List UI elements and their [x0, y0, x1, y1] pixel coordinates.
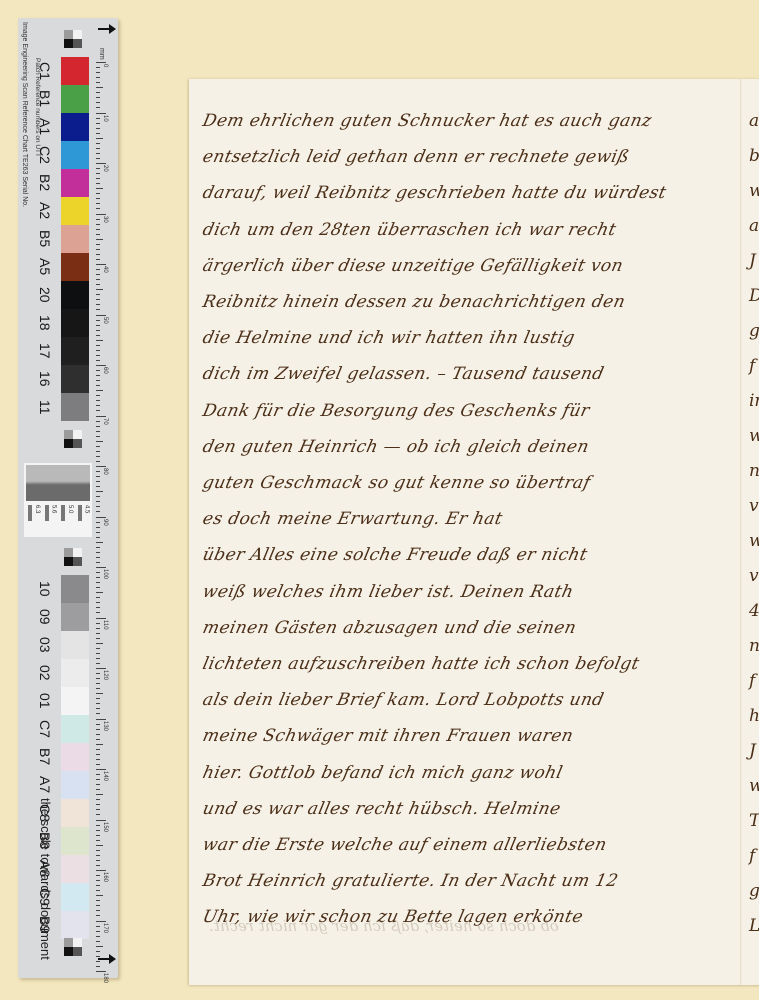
color-patch-11: 11: [61, 393, 89, 421]
color-patch-02: 02: [61, 659, 89, 687]
scale-number: 120: [102, 670, 108, 680]
scale-tick: [96, 380, 100, 381]
resolution-wedge: 6.35.65.04.5: [24, 463, 92, 537]
scale-tick: [96, 678, 100, 679]
scale-tick: [96, 698, 100, 699]
scale-tick: [96, 618, 106, 619]
patch-label: C7: [31, 715, 59, 743]
manuscript-line: darauf, weil Reibnitz geschrieben hatte …: [201, 183, 668, 203]
scale-tick: [96, 693, 103, 694]
scale-tick: [96, 264, 106, 265]
scale-tick: [96, 183, 100, 184]
patch-label: 01: [31, 687, 59, 715]
scale-tick: [96, 203, 100, 204]
scale-number: 150: [102, 822, 108, 832]
right-page-fragment: Ti: [749, 811, 759, 831]
patch-label: 20: [31, 281, 59, 309]
scale-tick: [96, 113, 106, 114]
scale-tick: [96, 410, 100, 411]
scale-tick: [96, 304, 100, 305]
scale-tick: [96, 905, 100, 906]
scale-tick: [96, 279, 100, 280]
scale-number: 80: [102, 468, 108, 475]
color-patch-b7: B7: [61, 743, 89, 771]
scale-tick: [96, 713, 100, 714]
scale-tick: [96, 370, 100, 371]
scale-tick: [96, 830, 100, 831]
manuscript-line: weiß welches ihm lieber ist. Deinen Rath: [201, 582, 575, 602]
manuscript-line: Dank für die Besorgung des Geschenks für: [201, 401, 592, 421]
manuscript-line: Dem ehrlichen guten Schnucker hat es auc…: [201, 111, 654, 131]
color-patch-09: 09: [61, 603, 89, 631]
ruler-maker-text: Image Engineering Scan Reference Chart T…: [20, 22, 29, 207]
color-patch-a8: A8: [61, 855, 89, 883]
scale-tick: [96, 719, 106, 720]
scale-tick: [96, 764, 100, 765]
scale-tick: [96, 133, 100, 134]
scale-tick: [96, 325, 100, 326]
scale-tick: [96, 734, 100, 735]
scale-tick: [96, 289, 103, 290]
scale-tick: [96, 577, 100, 578]
scale-number: 70: [102, 418, 108, 425]
color-patch-c8: C8: [61, 799, 89, 827]
scale-tick: [96, 744, 103, 745]
scale-number: 90: [102, 519, 108, 526]
page-fold: [740, 79, 742, 985]
scale-tick: [96, 804, 100, 805]
scale-tick: [96, 355, 100, 356]
scale-tick: [96, 193, 100, 194]
scale-tick: [96, 118, 100, 119]
arrow-right-icon: [98, 22, 116, 36]
scale-tick: [96, 703, 100, 704]
right-page-fragment: w: [749, 426, 759, 446]
scale-tick: [96, 643, 103, 644]
scale-tick: [96, 254, 100, 255]
gray-square-target-top: [64, 30, 82, 48]
scale-tick: [96, 926, 100, 927]
scale-tick: [96, 749, 100, 750]
scale-tick: [96, 315, 106, 316]
scale-tick: [96, 860, 100, 861]
scale-tick: [96, 759, 100, 760]
right-page-fragment: n: [749, 636, 759, 656]
scale-number: 60: [102, 367, 108, 374]
scale-tick: [96, 501, 100, 502]
scale-tick: [96, 446, 100, 447]
scale-tick: [96, 426, 100, 427]
scale-tick: [96, 320, 100, 321]
scale-tick: [96, 269, 100, 270]
scale-tick: [96, 547, 100, 548]
scale-tick: [96, 850, 100, 851]
scale-tick: [96, 466, 106, 467]
scale-tick: [96, 779, 100, 780]
patch-label: 10: [31, 575, 59, 603]
scale-number: 100: [102, 569, 108, 579]
scale-tick: [96, 961, 100, 962]
right-page-fragment: ve: [749, 566, 759, 586]
scale-tick: [96, 769, 106, 770]
scale-tick: [96, 794, 103, 795]
scale-tick: [96, 284, 100, 285]
scale-tick: [96, 294, 100, 295]
scale-number: 30: [102, 216, 108, 223]
scale-tick: [96, 259, 100, 260]
scale-tick: [96, 491, 103, 492]
scale-number: 40: [102, 266, 108, 273]
scale-tick: [96, 602, 100, 603]
gray-square-target-middle-2: [64, 548, 82, 566]
scale-tick: [96, 784, 100, 785]
wedge-bar: 4.5: [78, 503, 91, 535]
scale-tick: [96, 421, 100, 422]
manuscript-line: dich um den 28ten überraschen ich war re…: [201, 220, 618, 240]
color-patch-20: 20: [61, 281, 89, 309]
patch-label: B1: [31, 85, 59, 113]
scale-tick: [96, 390, 103, 391]
scale-tick: [96, 188, 103, 189]
scale-tick: [96, 542, 103, 543]
right-page-fragment: w: [749, 776, 759, 796]
patch-label: 02: [31, 659, 59, 687]
scale-tick: [96, 62, 106, 63]
scale-tick: [96, 274, 100, 275]
manuscript-line: hier. Gottlob befand ich mich ganz wohl: [201, 763, 565, 783]
scale-tick: [96, 345, 100, 346]
color-patch-b8: B8: [61, 827, 89, 855]
scale-tick: [96, 102, 100, 103]
scale-tick: [96, 72, 100, 73]
scale-tick: [96, 658, 100, 659]
color-patch-18: 18: [61, 309, 89, 337]
scale-tick: [96, 648, 100, 649]
scale-tick: [96, 456, 100, 457]
gray-square-target-middle-1: [64, 430, 82, 448]
scale-tick: [96, 946, 103, 947]
mm-unit-label: mm: [98, 48, 105, 60]
scale-tick: [96, 966, 100, 967]
scale-tick: [96, 471, 100, 472]
scale-tick: [96, 82, 100, 83]
scale-tick: [96, 416, 106, 417]
scale-tick: [96, 729, 100, 730]
scale-tick: [96, 628, 100, 629]
scale-tick: [96, 148, 100, 149]
scale-tick: [96, 476, 100, 477]
scale-tick: [96, 234, 100, 235]
right-page-fragment: in: [749, 391, 759, 411]
scale-tick: [96, 789, 100, 790]
right-page-fragment: f: [749, 356, 755, 376]
patch-label: 03: [31, 631, 59, 659]
manuscript-line: meine Schwäger mit ihren Frauen waren: [201, 726, 575, 746]
color-patch-01: 01: [61, 687, 89, 715]
color-patch-a2: A2: [61, 197, 89, 225]
scale-tick: [96, 249, 100, 250]
scale-tick: [96, 537, 100, 538]
right-page-fragment: ve: [749, 496, 759, 516]
scale-tick: [96, 582, 100, 583]
manuscript-line: Brot Heinrich gratulierte. In der Nacht …: [201, 871, 620, 891]
scale-tick: [96, 138, 103, 139]
patch-label: A5: [31, 253, 59, 281]
scale-tick: [96, 173, 100, 174]
gray-square-target-bottom: [64, 938, 82, 956]
color-patch-c2: C2: [61, 141, 89, 169]
scale-tick: [96, 809, 100, 810]
patch-label: A2: [31, 197, 59, 225]
patch-label: B2: [31, 169, 59, 197]
color-patch-a1: A1: [61, 113, 89, 141]
scale-tick: [96, 820, 106, 821]
color-patch-b1: B1: [61, 85, 89, 113]
manuscript-line: dich im Zweifel gelassen. – Tausend taus…: [201, 364, 606, 384]
scale-tick: [96, 239, 103, 240]
scale-tick: [96, 330, 100, 331]
color-patches-bottom: 1009030201C7B7A7C8B8A8C9B9: [61, 575, 89, 939]
manuscript-line: war die Erste welche auf einem allerlieb…: [201, 835, 609, 855]
scale-tick: [96, 67, 100, 68]
scale-tick: [96, 724, 100, 725]
right-page-fragment: f: [749, 846, 755, 866]
wedge-bar: 5.0: [61, 503, 74, 535]
color-patch-10: 10: [61, 575, 89, 603]
scale-tick: [96, 299, 100, 300]
right-page-fragment: an: [749, 111, 759, 131]
scale-tick: [96, 522, 100, 523]
scale-tick: [96, 683, 100, 684]
right-page-fragment: D: [749, 286, 759, 306]
wedge-bar: 6.3: [28, 503, 41, 535]
scale-tick: [96, 607, 100, 608]
scale-tick: [96, 451, 100, 452]
scale-tick: [96, 572, 100, 573]
color-patch-03: 03: [61, 631, 89, 659]
right-page-fragment: w: [749, 181, 759, 201]
scale-tick: [96, 653, 100, 654]
scale-number: 0: [102, 64, 108, 67]
scale-tick: [96, 638, 100, 639]
scale-tick: [96, 97, 100, 98]
scale-tick: [96, 87, 103, 88]
scale-tick: [96, 461, 100, 462]
scale-tick: [96, 244, 100, 245]
scale-tick: [96, 597, 100, 598]
scale-tick: [96, 143, 100, 144]
scale-tick: [96, 567, 106, 568]
scale-tick: [96, 587, 100, 588]
manuscript-line: und es war alles recht hübsch. Helmine: [201, 799, 563, 819]
scale-tick: [96, 870, 106, 871]
scale-tick: [96, 557, 100, 558]
scale-tick: [96, 436, 100, 437]
scale-tick: [96, 128, 100, 129]
scale-tick: [96, 865, 100, 866]
scale-tick: [96, 956, 100, 957]
scale-tick: [96, 405, 100, 406]
manuscript-line: Reibnitz hinein dessen zu benachrichtige…: [201, 292, 627, 312]
scale-tick: [96, 739, 100, 740]
scale-number: 110: [102, 620, 108, 630]
scale-tick: [96, 885, 100, 886]
scale-tick: [96, 360, 100, 361]
scale-number: 130: [102, 721, 108, 731]
wedge-bars: 6.35.65.04.5: [28, 503, 90, 535]
manuscript-line: es doch meine Erwartung. Er hat: [201, 509, 504, 529]
scale-tick: [96, 123, 100, 124]
patch-label: B5: [31, 225, 59, 253]
right-page-fragment: n: [749, 461, 759, 481]
scale-tick: [96, 214, 106, 215]
manuscript-line: guten Geschmack so gut kenne so übertraf: [201, 473, 593, 493]
right-page-fragment: h: [749, 706, 759, 726]
right-page-fragment: f: [749, 671, 755, 691]
scale-tick: [96, 936, 100, 937]
scale-tick: [96, 481, 100, 482]
right-page-fragment: J: [749, 251, 756, 271]
patch-label: A7: [31, 771, 59, 799]
scale-tick: [96, 527, 100, 528]
scale-tick: [96, 890, 100, 891]
scale-tick: [96, 441, 103, 442]
scale-tick: [96, 511, 100, 512]
scale-tick: [96, 153, 100, 154]
scale-tick: [96, 900, 100, 901]
scale-number: 140: [102, 771, 108, 781]
scale-tick: [96, 688, 100, 689]
scale-tick: [96, 875, 100, 876]
scale-number: 10: [102, 115, 108, 122]
manuscript-line: meinen Gästen abzusagen und die seinen: [201, 618, 578, 638]
scale-tick: [96, 971, 106, 972]
gray-wedge: [26, 465, 90, 501]
color-patch-c1: C1: [61, 57, 89, 85]
scale-tick: [96, 623, 100, 624]
wedge-bar: 5.6: [45, 503, 58, 535]
color-patches-top: C1B1A1C2B2A2B5A52018171611: [61, 57, 89, 421]
scale-tick: [96, 895, 103, 896]
scale-tick: [96, 229, 100, 230]
scale-tick: [96, 375, 100, 376]
scale-tick: [96, 107, 100, 108]
scale-tick: [96, 395, 100, 396]
scale-number: 160: [102, 872, 108, 882]
scale-tick: [96, 486, 100, 487]
color-patch-a5: A5: [61, 253, 89, 281]
scale-tick: [96, 663, 100, 664]
manuscript-page: ob doch so heiter, daß ich der gar nicht…: [189, 79, 759, 985]
scale-tick: [96, 592, 103, 593]
right-page-fragment: be: [749, 146, 759, 166]
scale-tick: [96, 835, 100, 836]
scale-tick: [96, 931, 100, 932]
scale-tick: [96, 855, 100, 856]
color-patch-a7: A7: [61, 771, 89, 799]
scale-number: 20: [102, 165, 108, 172]
manuscript-line: über Alles eine solche Freude daß er nic…: [201, 545, 589, 565]
scale-tick: [96, 506, 100, 507]
scale-tick: [96, 673, 100, 674]
right-page-fragment: a: [749, 216, 759, 236]
scale-tick: [96, 178, 100, 179]
right-page-fragment: w: [749, 531, 759, 551]
scale-tick: [96, 77, 100, 78]
scale-number: 180: [102, 973, 108, 983]
scale-tick: [96, 168, 100, 169]
scale-tick: [96, 799, 100, 800]
scale-tick: [96, 219, 100, 220]
scale-tick: [96, 496, 100, 497]
right-page-fragment: g: [749, 321, 759, 341]
ruler-footer-text: the scale towards document: [38, 798, 53, 960]
patch-label: 16: [31, 365, 59, 393]
scale-tick: [96, 340, 103, 341]
scale-tick: [96, 309, 100, 310]
manuscript-line: entsetzlich leid gethan denn er rechnete…: [201, 147, 631, 167]
scale-tick: [96, 754, 100, 755]
scale-tick: [96, 517, 106, 518]
manuscript-line: als dein lieber Brief kam. Lord Lobpotts…: [201, 690, 606, 710]
patch-label: 11: [31, 393, 59, 421]
scale-tick: [96, 708, 100, 709]
scale-number: 170: [102, 923, 108, 933]
manuscript-line: den guten Heinrich — ob ich gleich deine…: [201, 437, 591, 457]
manuscript-line: die Helmine und ich wir hatten ihn lusti…: [201, 328, 577, 348]
scale-tick: [96, 163, 106, 164]
scale-tick: [96, 92, 100, 93]
scale-tick: [96, 158, 100, 159]
scale-tick: [96, 880, 100, 881]
right-page-fragment: Le: [749, 916, 759, 936]
scale-tick: [96, 941, 100, 942]
scale-tick: [96, 335, 100, 336]
right-page-fragment: g: [749, 881, 759, 901]
scale-tick: [96, 668, 106, 669]
manuscript-line: lichteten aufzuschreiben hatte ich schon…: [201, 654, 641, 674]
scale-tick: [96, 825, 100, 826]
patch-label: 17: [31, 337, 59, 365]
scale-tick: [96, 552, 100, 553]
manuscript-line: ärgerlich über diese unzeitige Gefälligk…: [201, 256, 625, 276]
scale-number: 50: [102, 317, 108, 324]
manuscript-line: Uhr, wie wir schon zu Bette lagen erkönt…: [201, 907, 585, 927]
scale-tick: [96, 532, 100, 533]
scale-tick: [96, 385, 100, 386]
scan-reference-ruler: Image Engineering Scan Reference Chart T…: [18, 18, 118, 978]
scale-tick: [96, 365, 106, 366]
scale-tick: [96, 350, 100, 351]
scale-tick: [96, 951, 100, 952]
color-patch-b5: B5: [61, 225, 89, 253]
scale-tick: [96, 431, 100, 432]
scale-tick: [96, 840, 100, 841]
patch-label: B7: [31, 743, 59, 771]
color-patch-17: 17: [61, 337, 89, 365]
color-patch-16: 16: [61, 365, 89, 393]
right-page-fragment: J: [749, 741, 756, 761]
mm-scale: mm 0102030405060708090100110120130140150…: [94, 48, 116, 958]
scale-tick: [96, 915, 100, 916]
scale-tick: [96, 845, 103, 846]
color-patch-c7: C7: [61, 715, 89, 743]
scale-tick: [96, 562, 100, 563]
scale-tick: [96, 921, 106, 922]
patch-label: C2: [31, 141, 59, 169]
right-page-fragment: 4: [749, 601, 759, 621]
scale-tick: [96, 910, 100, 911]
